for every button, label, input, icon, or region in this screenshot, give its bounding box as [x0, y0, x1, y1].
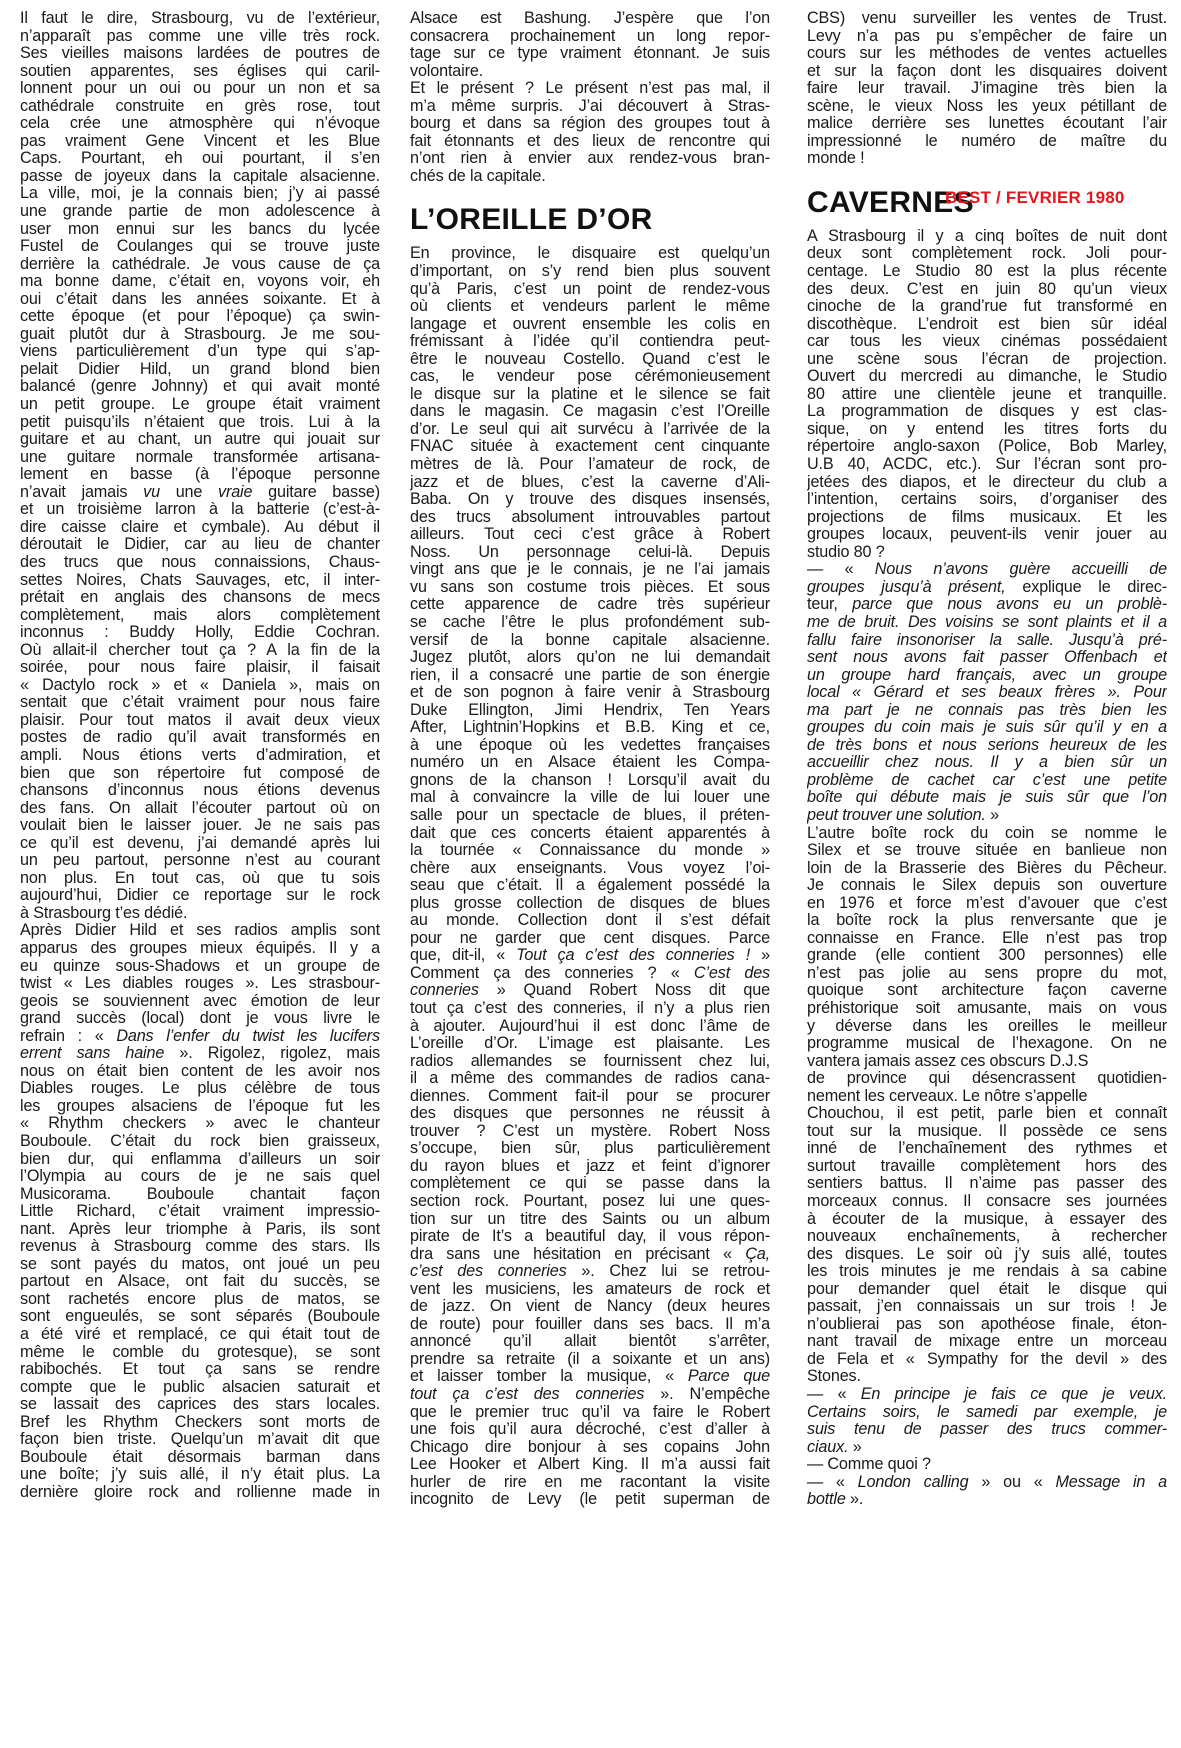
text-line: préhistorique soit amusante, mais on vou…	[807, 1000, 1167, 1018]
text-line: Stones.	[807, 1368, 1167, 1386]
text-line: me de bruit. Des voisins se sont plaints…	[807, 614, 1167, 632]
text-line: tout ça c’est des conneries ». N’empêche	[410, 1386, 770, 1404]
text-line: incognito de Levy (le petit superman de	[410, 1491, 770, 1509]
text-line: jazz et de blues, c’est la caverne d’Ali…	[410, 474, 770, 492]
text-line: nous on était bien content de les avoir …	[20, 1063, 380, 1081]
text-line: — Comme quoi ?	[807, 1456, 1167, 1474]
text-line: hurler de rire en me racontant la visite	[410, 1474, 770, 1492]
cavernes-section: A Strasbourg il y a cinq boîtes de nuit …	[807, 228, 1167, 1509]
text-line: lonnent pour un oui ou pour un non et sa	[20, 80, 380, 98]
text-line: loin de la Brasserie des Bières du Pêche…	[807, 860, 1167, 878]
text-line: seau que c’était. Il a également possédé…	[410, 877, 770, 895]
text-line: revenus à Strasbourg comme des stars. Il…	[20, 1238, 380, 1256]
text-line: Ouvert du mercredi au dimanche, le Studi…	[807, 368, 1167, 386]
text-line: n’est pas jolie au sens propre du mot,	[807, 965, 1167, 983]
text-line: En province, le disquaire est quelqu’un	[410, 245, 770, 263]
text-line: deux sont complètement rock. Joli pour-	[807, 245, 1167, 263]
text-line: suis tenu de passer des trucs commer-	[807, 1421, 1167, 1439]
text-line: l’intention, certains soirs, d’organiser…	[807, 491, 1167, 509]
text-line: complètement ce qui se passe dans la	[410, 1175, 770, 1193]
text-line: tion sur un titre des Saints ou un album	[410, 1211, 770, 1229]
text-line: en 1976 et force m’est d’avouer que c’es…	[807, 895, 1167, 913]
text-line: Il faut le dire, Strasbourg, vu de l’ext…	[20, 10, 380, 28]
text-line: FNAC située à exactement cent cinquante	[410, 438, 770, 456]
text-line: une grande partie de mon adolescence à	[20, 203, 380, 221]
text-line: user mon ennui sur les bancs du lycée	[20, 221, 380, 239]
text-line: diennes. Comment fait-il pour se procure…	[410, 1088, 770, 1106]
text-line: studio 80 ?	[807, 544, 1167, 562]
text-line: de Fela et « Sympathy for the devil » de…	[807, 1351, 1167, 1369]
text-line: malice derrière ses lunettes écoutant l’…	[807, 115, 1167, 133]
text-line: Après Didier Hild et ses radios amplis s…	[20, 922, 380, 940]
text-line: et sur la façon dont les disquaires doiv…	[807, 63, 1167, 81]
text-line: ampli. Nous étions verts d’admiration, e…	[20, 747, 380, 765]
text-line: chère aux enseignants. Vous voyez l’oi-	[410, 860, 770, 878]
text-line: une scène sous l’écran de projection.	[807, 351, 1167, 369]
text-line: consacrera prochainement un long repor-	[410, 28, 770, 46]
text-line: derrière la cathédrale. Je vous cause de…	[20, 256, 380, 274]
text-line: dra sans une hésitation en précisant « Ç…	[410, 1246, 770, 1264]
text-line: nant travail de mixage entre un morceau	[807, 1333, 1167, 1351]
text-line: au monde. Collection dont il s’est défai…	[410, 912, 770, 930]
text-line: prétait en anglais des chansons de mecs	[20, 589, 380, 607]
text-line: Où allait-il chercher tout ça ? A la fin…	[20, 642, 380, 660]
text-line: rabibochés. Et tout ça sans se rendre	[20, 1361, 380, 1379]
text-line: n’apparaît pas comme une ville très rock…	[20, 28, 380, 46]
text-line: de très bons et nous serions heureux de …	[807, 737, 1167, 755]
text-line: mètres de là. Pour l’amateur de rock, de	[410, 456, 770, 474]
text-line: à écouter de la musique, à essayer des	[807, 1211, 1167, 1229]
text-line: de jazz. On vient de Nancy (deux heures	[410, 1298, 770, 1316]
text-line: postes de radio qu’il avait transformés …	[20, 729, 380, 747]
text-line: il a même des commandes de radios cana-	[410, 1070, 770, 1088]
text-line: Jugez plutôt, alors qu’on ne lui demanda…	[410, 649, 770, 667]
text-line: cas, le vendeur pose cérémonieusement	[410, 368, 770, 386]
text-line: L’oreille d’Or. L’image est plaisante. L…	[410, 1035, 770, 1053]
text-line: à Strasbourg t’es dédié.	[20, 905, 380, 923]
text-line: m’a même surpris. J’ai découvert à Stras…	[410, 98, 770, 116]
text-line: et de son pognon à faire venir à Strasbo…	[410, 684, 770, 702]
text-line: une guitare normale transformée artisana…	[20, 449, 380, 467]
text-line: des fans. On allait l’écouter partout où…	[20, 800, 380, 818]
text-line: ciaux. »	[807, 1439, 1167, 1457]
text-line: soutien apparentes, ses églises qui cari…	[20, 63, 380, 81]
text-line: vu sans son costume trois pièces. Et sou…	[410, 579, 770, 597]
text-line: cette époque (et pour l’époque) ça swin-	[20, 308, 380, 326]
text-line: pirate de It’s a beautiful day, il vous …	[410, 1228, 770, 1246]
text-line: non plus. En tout cas, où que tu sois	[20, 870, 380, 888]
text-line: un petit groupe. Le groupe était vraimen…	[20, 396, 380, 414]
text-line: versif de la bonne capitale alsacienne.	[410, 632, 770, 650]
text-line: cathédrale construite en grès rose, tout	[20, 98, 380, 116]
text-line: — « Nous n’avons guère accueilli de	[807, 561, 1167, 579]
text-line: cette apparence de cadre très supérieur	[410, 596, 770, 614]
text-line: bien que son répertoire fut composé de	[20, 765, 380, 783]
text-line: apparus des groupes mieux équipés. Il y …	[20, 940, 380, 958]
text-line: sont engueulés, se sont séparés (Bouboul…	[20, 1308, 380, 1326]
text-line: mal à convaincre la ville de lui louer u…	[410, 789, 770, 807]
text-line: tout ça c’est des conneries, il n’y a pl…	[410, 1000, 770, 1018]
text-line: Je connais le Silex depuis son ouverture	[807, 877, 1167, 895]
text-line: CBS) venu surveiller les ventes de Trust…	[807, 10, 1167, 28]
text-line: errent sans haine ». Rigolez, rigolez, m…	[20, 1045, 380, 1063]
text-line: un peu partout, personne n’est au couran…	[20, 852, 380, 870]
text-line: déroutait le Didier, car au lieu de chan…	[20, 536, 380, 554]
text-line: chansons d’inconnus nous étions devenus	[20, 782, 380, 800]
text-line: oui c’était dans les années soixante. Et…	[20, 291, 380, 309]
text-line: radios allemandes se fournissent chez lu…	[410, 1053, 770, 1071]
text-line: y déverse dans les oreilles le meilleur	[807, 1018, 1167, 1036]
text-line: Musicorama. Bouboule chantait façon	[20, 1186, 380, 1204]
text-line: lement en basse (à l’époque personne	[20, 466, 380, 484]
text-line: settes Noires, Chats Sauvages, etc, il i…	[20, 572, 380, 590]
text-line: gnons de la chanson ! Lorsqu’il avait du	[410, 772, 770, 790]
text-line: soirée, pour nous faire plaisir, il fais…	[20, 659, 380, 677]
text-line: n’oublierai pas son apothéose finale, ét…	[807, 1316, 1167, 1334]
text-line: des trucs absolument introuvables partou…	[410, 509, 770, 527]
text-line: à ajouter. Aujourd’hui il est donc l’âme…	[410, 1018, 770, 1036]
text-line: compte que le public alsacien saturait e…	[20, 1379, 380, 1397]
text-line: surtout travaille complètement hors des	[807, 1158, 1167, 1176]
text-line: passe de joyeux dans la capitale alsacie…	[20, 168, 380, 186]
text-line: inné de l’enchaînement des rythmes et	[807, 1140, 1167, 1158]
text-line: pelait Didier Hild, un grand blond bien	[20, 361, 380, 379]
text-line: Certains soirs, le samedi par exemple, j…	[807, 1404, 1167, 1422]
text-line: sent nous avons fait passer Offenbach et	[807, 649, 1167, 667]
source-label: BEST / FEVRIER 1980	[945, 188, 1125, 208]
text-line: une fois qu’il aura décroché, c’est d’al…	[410, 1421, 770, 1439]
text-line: cela crée une atmosphère qui n’évoque	[20, 115, 380, 133]
text-line: la boîte rock la plus renversante que je	[807, 912, 1167, 930]
text-line: un groupe hard français, avec un groupe	[807, 667, 1167, 685]
text-line: groupes locaux, peuvent-ils venir jouer …	[807, 526, 1167, 544]
text-line: teur, parce que nous avons eu un problè-	[807, 596, 1167, 614]
text-line: Little Richard, c’était vraiment impress…	[20, 1203, 380, 1221]
text-line: grande (elle contient 300 personnes) ell…	[807, 947, 1167, 965]
text-line: ce qu’il est devenu, j’ai demandé après …	[20, 835, 380, 853]
text-line: aujourd’hui, Didier ce reportage sur le …	[20, 887, 380, 905]
text-line: ma part je ne connais pas très bien les	[807, 702, 1167, 720]
text-line: Baba. On y trouve des disques insensés,	[410, 491, 770, 509]
text-line: accueillir chez nous. Il y a bien sûr un	[807, 754, 1167, 772]
text-line: Bouboule. C’était du rock bien graisseux…	[20, 1133, 380, 1151]
text-line: groupes jusqu’à présent, explique le dir…	[807, 579, 1167, 597]
text-line: sont rachetés encore plus de matos, se	[20, 1291, 380, 1309]
text-line: twist « Les diables rouges ». Les strasb…	[20, 975, 380, 993]
text-line: guitare et au chant, un autre qui jouait…	[20, 431, 380, 449]
text-line: inconnus : Buddy Holly, Eddie Cochran.	[20, 624, 380, 642]
text-line: grand succès (local) dont je vous livre …	[20, 1010, 380, 1028]
column-1: Il faut le dire, Strasbourg, vu de l’ext…	[20, 10, 380, 1501]
text-line: — « London calling » ou « Message in a	[807, 1474, 1167, 1492]
text-line: Duke Ellington, Jimi Hendrix, Ten Years	[410, 702, 770, 720]
text-line: discothèque. L’endroit est bien sûr idéa…	[807, 316, 1167, 334]
text-line: « Dactylo rock » et « Daniela », mais on	[20, 677, 380, 695]
text-line: plaisir. Pour tout matos il avait deux v…	[20, 712, 380, 730]
text-line: Fustel de Coulanges qui se trouve juste	[20, 238, 380, 256]
text-line: tout sur la musique. Il possède ce sens	[807, 1123, 1167, 1141]
text-line: et laisser tomber la musique, « Parce qu…	[410, 1368, 770, 1386]
text-line: problème de cachet car c’est une petite	[807, 772, 1167, 790]
text-line: volontaire.	[410, 63, 770, 81]
oreille-continuation: CBS) venu surveiller les ventes de Trust…	[807, 10, 1167, 168]
text-line: dernière gloire rock and rollienne made …	[20, 1484, 380, 1502]
text-line: tage sur ce type vraiment étonnant. Je s…	[410, 45, 770, 63]
text-line: pas vraiment Gene Vincent et les Blue	[20, 133, 380, 151]
text-line: de route) pour fouiller dans ses bacs. I…	[410, 1316, 770, 1334]
text-line: groupes du coin mais je suis sûr qu’il y…	[807, 719, 1167, 737]
text-line: geois se souviennent avec émotion de leu…	[20, 993, 380, 1011]
text-line: fait étonnants et des lieux de rencontre…	[410, 133, 770, 151]
text-line: balancé (genre Johnny) et qui avait mont…	[20, 378, 380, 396]
text-line: impressionné le numéro de maître du	[807, 133, 1167, 151]
text-line: viens particulièrement d’un type qui s’a…	[20, 343, 380, 361]
text-line: façon bien triste. Quelqu’un m’avait dit…	[20, 1431, 380, 1449]
text-line: prendre sa retraite (il a soixante et un…	[410, 1351, 770, 1369]
text-line: être le nouveau Costello. Quand c’est le	[410, 351, 770, 369]
text-line: cinoche de la grand’rue fut transformé e…	[807, 298, 1167, 316]
text-line: La programmation de disques y est clas-	[807, 403, 1167, 421]
text-line: Comment ça des conneries ? « C’est des	[410, 965, 770, 983]
text-line: conneries » Quand Robert Noss dit que	[410, 982, 770, 1000]
text-line: se lassait des caprices des stars locale…	[20, 1396, 380, 1414]
text-line: nement les cerveaux. Le nôtre s’appelle	[807, 1088, 1167, 1106]
text-line: bourg et dans sa région des groupes tout…	[410, 115, 770, 133]
text-line: que le premier truc qu’il va faire le Ro…	[410, 1404, 770, 1422]
text-line: n’ont rien à envier aux rendez-vous bran…	[410, 150, 770, 168]
text-line: scène, le vieux Noss les yeux pétillant …	[807, 98, 1167, 116]
text-line: After, Lightnin’Hopkins et B.B. King et …	[410, 719, 770, 737]
text-line: quoique sont architecture façon caverne	[807, 982, 1167, 1000]
text-line: chés de la capitale.	[410, 168, 770, 186]
text-line: même le comble du grotesque), se sont	[20, 1344, 380, 1362]
text-line: ailleurs. Tout ceci c’est grâce à Robert	[410, 526, 770, 544]
text-line: sique, on y entend les titres forts du	[807, 421, 1167, 439]
text-line: vent les musiciens, les amateurs de rock…	[410, 1281, 770, 1299]
text-line: passait, j’en connaissais un sur trois !…	[807, 1298, 1167, 1316]
text-line: le disque sur la platine et le silence s…	[410, 386, 770, 404]
text-line: et un troisième larron à la batterie (c’…	[20, 501, 380, 519]
text-line: boîte qui débute mais je suis sûr que l’…	[807, 789, 1167, 807]
text-line: d’important, on s’y rend bien plus souve…	[410, 263, 770, 281]
text-line: les trois minutes je me rendais à sa cab…	[807, 1263, 1167, 1281]
text-line: se sont payés du matos, ont joué un peu	[20, 1256, 380, 1274]
text-line: Levy n’a pas pu s’empêcher de faire un	[807, 28, 1167, 46]
text-line: cours sur les méthodes de ventes actuell…	[807, 45, 1167, 63]
text-line: annoncé qu’il allait bientôt s’arrêter,	[410, 1333, 770, 1351]
text-line: pour ne garder que cent disques. Parce	[410, 930, 770, 948]
text-line: voulait bien le laisser jouer. Je ne sai…	[20, 817, 380, 835]
text-line: les groupes alsaciens de l’époque fut le…	[20, 1098, 380, 1116]
text-line: car tous les vieux cinémas possédaient	[807, 333, 1167, 351]
text-line: trouver ? C’est un mystère. Robert Noss	[410, 1123, 770, 1141]
text-line: numéro un en Alsace étaient les Compa-	[410, 754, 770, 772]
text-line: Caps. Pourtant, eh oui pourtant, il s’en	[20, 150, 380, 168]
text-line: n’avait jamais vu une vraie guitare bass…	[20, 484, 380, 502]
heading-oreille-dor: L’OREILLE D’OR	[410, 203, 770, 237]
text-line: Diables rouges. Le plus célèbre de tous	[20, 1080, 380, 1098]
text-line: fallu faire insonoriser la salle. Jusqu’…	[807, 632, 1167, 650]
text-line: dans le magasin. Ce magasin c’est l’Orei…	[410, 403, 770, 421]
text-line: programme musical de l’hexagone. On ne	[807, 1035, 1167, 1053]
text-line: A Strasbourg il y a cinq boîtes de nuit …	[807, 228, 1167, 246]
text-line: nant. Après leur triomphe à Paris, ils s…	[20, 1221, 380, 1239]
text-line: 80 attire une clientèle jeune et tranqui…	[807, 386, 1167, 404]
column-2: Alsace est Bashung. J’espère que l’oncon…	[410, 10, 770, 1509]
text-line: nouveaux enchaînements, à rechercher	[807, 1228, 1167, 1246]
text-line: à une époque où les vedettes françaises	[410, 737, 770, 755]
text-line: Et le présent ? Le présent n’est pas mal…	[410, 80, 770, 98]
text-line: s’occupe, bien sûr, plus particulièremen…	[410, 1140, 770, 1158]
text-line: des deux. C’est en juin 80 qu’un vieux	[807, 281, 1167, 299]
text-line: d’or. Le seul qui ait survécu à l’arrivé…	[410, 421, 770, 439]
text-line: Ses vieilles maisons lardées de poutres …	[20, 45, 380, 63]
text-line: des disques que personnes ne réussit à	[410, 1105, 770, 1123]
text-line: projections de films musicaux. Et les	[807, 509, 1167, 527]
text-line: refrain : « Dans l’enfer du twist les lu…	[20, 1028, 380, 1046]
text-line: de province qui désencrassent quotidien-	[807, 1070, 1167, 1088]
text-line: La ville, moi, je la connais bien; j’y a…	[20, 185, 380, 203]
text-line: ma bonne dame, c’était en, voyons voir, …	[20, 273, 380, 291]
text-line: une boîte; j’y suis allé, il n’y était p…	[20, 1466, 380, 1484]
text-line: faire leur travail. J’imagine très bien …	[807, 80, 1167, 98]
text-line: sentiers battus. Il n’aime pas passer de…	[807, 1175, 1167, 1193]
text-line: local « Gérard et ses beaux frères ». Po…	[807, 684, 1167, 702]
text-line: « Rhythm checkers » avec le chanteur	[20, 1115, 380, 1133]
text-line: eu quinze sous-Shadows et un groupe de	[20, 958, 380, 976]
text-line: connaisse en France. Elle n’est pas trop	[807, 930, 1167, 948]
text-line: l’Olympia au cours de je ne sais quel	[20, 1168, 380, 1186]
text-line: c’est des conneries ». Chez lui se retro…	[410, 1263, 770, 1281]
text-line: répertoire anglo-saxon (Police, Bob Marl…	[807, 438, 1167, 456]
text-line: petit puisqu’ils n’étaient que trois. Lu…	[20, 414, 380, 432]
text-line: L’autre boîte rock du coin se nomme le	[807, 825, 1167, 843]
text-line: salle pour un spectacle de blues, il pré…	[410, 807, 770, 825]
text-line: guait plutôt dur à Strasbourg. Je me sou…	[20, 326, 380, 344]
text-line: qu’à Paris, c’est un point de rendez-vou…	[410, 281, 770, 299]
text-line: Bouboule était désormais barman dans	[20, 1449, 380, 1467]
text-line: section rock. Pourtant, posez lui une qu…	[410, 1193, 770, 1211]
text-line: Chouchou, il est petit, parle bien et co…	[807, 1105, 1167, 1123]
text-line: plus grosse collection de disques de blu…	[410, 895, 770, 913]
text-line: morceaux connus. Il consacre ses journée…	[807, 1193, 1167, 1211]
text-line: a été viré et remplacé, ce qui était tou…	[20, 1326, 380, 1344]
text-line: Bref les Rhythm Checkers sont morts de	[20, 1414, 380, 1432]
text-line: dait que ces concerts étaient apparentés…	[410, 825, 770, 843]
column-3: CBS) venu surveiller les ventes de Trust…	[807, 10, 1167, 1509]
text-line: vantera jamais assez ces obscurs D.J.S	[807, 1053, 1167, 1071]
text-line: que, dit-il, « Tout ça c’est des conneri…	[410, 947, 770, 965]
text-line: pour demander quel était le disque qui	[807, 1281, 1167, 1299]
oreille-dor-section: En province, le disquaire est quelqu’und…	[410, 245, 770, 1508]
text-line: complètement, mais alors complètement	[20, 607, 380, 625]
text-line: du rayon blues et jazz et feint d’ignore…	[410, 1158, 770, 1176]
text-line: bien dur, qui enflamma d’ailleurs un soi…	[20, 1151, 380, 1169]
text-line: partout en Alsace, ont fait du succès, s…	[20, 1273, 380, 1291]
text-line: Noss. Un personnage celui-là. Depuis	[410, 544, 770, 562]
text-line: peut trouver une solution. »	[807, 807, 1167, 825]
text-line: dire caisse claire et cymbale). Au début…	[20, 519, 380, 537]
text-line: — « En principe je fais ce que je veux.	[807, 1386, 1167, 1404]
text-line: la tournée « Connaissance du monde »	[410, 842, 770, 860]
text-line: langage et ouvrent ensemble les colis en	[410, 316, 770, 334]
text-line: bottle ».	[807, 1491, 1167, 1509]
text-line: U.B 40, ACDC, etc.). Sur l’écran sont pr…	[807, 456, 1167, 474]
text-line: vingt ans que je le connais, je ne l’ai …	[410, 561, 770, 579]
text-line: frémissant à l’idée qu’il contiendra peu…	[410, 333, 770, 351]
text-line: se cache l’être le plus profondément sub…	[410, 614, 770, 632]
text-line: jetées des diapos, et le directeur du cl…	[807, 474, 1167, 492]
text-line: Alsace est Bashung. J’espère que l’on	[410, 10, 770, 28]
text-line: Silex et se trouve située en banlieue no…	[807, 842, 1167, 860]
text-line: sentait que c’était vraiment pour nous f…	[20, 694, 380, 712]
text-line: où clients et vendeurs parlent le même	[410, 298, 770, 316]
text-line: Chicago dire bonjour à ses copains John	[410, 1439, 770, 1457]
text-line: rien, il a consacré une partie de son én…	[410, 667, 770, 685]
text-line: des trucs que nous connaissions, Chaus-	[20, 554, 380, 572]
text-line: centage. Le Studio 80 est la plus récent…	[807, 263, 1167, 281]
intro-continuation: Alsace est Bashung. J’espère que l’oncon…	[410, 10, 770, 185]
text-line: monde !	[807, 150, 1167, 168]
text-line: Lee Hooker et Albert King. Il m’a aussi …	[410, 1456, 770, 1474]
text-line: des disques. Le soir où j’y suis allé, t…	[807, 1246, 1167, 1264]
